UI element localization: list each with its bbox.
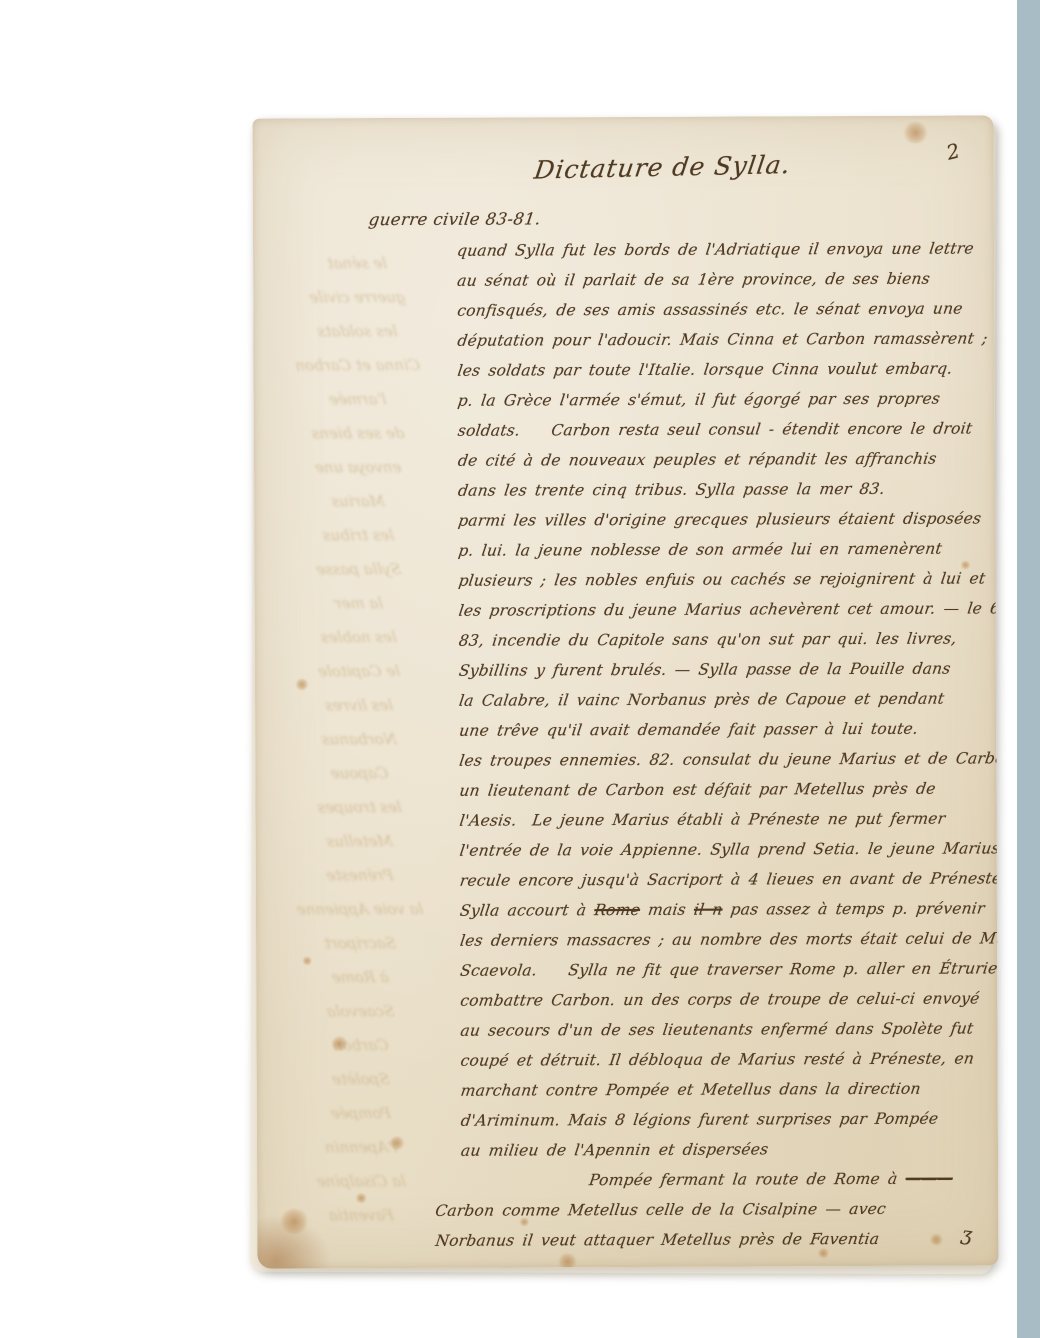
handwritten-text: l'Aesis. Le jeune Marius établi à Prénes… xyxy=(458,810,946,830)
manuscript-line: parmi les villes d'origine grecques plus… xyxy=(456,503,998,535)
manuscript-line: d'Ariminum. Mais 8 légions furent surpri… xyxy=(459,1103,999,1135)
handwritten-text: les troupes ennemies. 82. consulat du je… xyxy=(458,749,998,769)
foxing-spot xyxy=(817,1248,829,1258)
manuscript-line: p. la Grèce l'armée s'émut, il fut égorg… xyxy=(456,383,999,415)
manuscript-line: coupé et détruit. Il débloqua de Marius … xyxy=(459,1043,999,1075)
struck-text: ——— xyxy=(904,1170,954,1188)
handwritten-text: les soldats par toute l'Italie. lorsque … xyxy=(456,360,953,380)
manuscript-line: les proscriptions du jeune Marius achevè… xyxy=(457,593,999,625)
handwritten-text: marchant contre Pompée et Metellus dans … xyxy=(460,1080,922,1100)
manuscript-line: députation pour l'adoucir. Mais Cinna et… xyxy=(456,323,999,355)
manuscript-line: marchant contre Pompée et Metellus dans … xyxy=(459,1073,999,1105)
manuscript-line: les troupes ennemies. 82. consulat du je… xyxy=(457,743,998,775)
manuscript-line: au milieu de l'Apennin et dispersées xyxy=(459,1133,998,1165)
foxing-spot xyxy=(929,1234,943,1246)
handwritten-text: au sénat où il parlait de sa 1ère provin… xyxy=(456,270,931,290)
foxing-spot xyxy=(389,1136,405,1150)
handwritten-text: les derniers massacres ; au nombre des m… xyxy=(459,929,999,950)
handwritten-text: Norbanus il veut attaquer Metellus près … xyxy=(434,1230,880,1250)
manuscript-sheet: le sénatguerre civileles soldatsCinna et… xyxy=(252,115,998,1268)
handwritten-text: p. lui. la jeune noblesse de son armée l… xyxy=(457,540,943,560)
handwritten-text: Scaevola. Sylla ne fit que traverser Rom… xyxy=(459,959,998,979)
manuscript-line: les soldats par toute l'Italie. lorsque … xyxy=(456,353,999,385)
manuscript-line: p. lui. la jeune noblesse de son armée l… xyxy=(456,533,998,565)
manuscript-line: quand Sylla fut les bords de l'Adriatiqu… xyxy=(455,233,998,265)
manuscript-body: quand Sylla fut les bords de l'Adriatiqu… xyxy=(253,233,998,1256)
handwritten-text: dans les trente cinq tribus. Sylla passe… xyxy=(457,480,886,500)
manuscript-line: dans les trente cinq tribus. Sylla passe… xyxy=(456,473,998,505)
page-edge-band xyxy=(1017,0,1040,1338)
handwritten-text: de cité à de nouveaux peuples et répandi… xyxy=(457,450,938,470)
handwritten-text: confisqués, de ses amis assassinés etc. … xyxy=(456,300,964,320)
handwritten-text: plusieurs ; les nobles enfuis ou cachés … xyxy=(457,569,986,589)
handwritten-text: recule encore jusqu'à Sacriport à 4 lieu… xyxy=(459,869,999,889)
manuscript-line: Norbanus il veut attaquer Metellus près … xyxy=(433,1223,998,1255)
foxing-spot xyxy=(302,956,312,965)
handwritten-text: la Calabre, il vainc Norbanus près de Ca… xyxy=(458,690,946,710)
handwritten-text: d'Ariminum. Mais 8 légions furent surpri… xyxy=(460,1110,940,1130)
manuscript-line: Carbon comme Metellus celle de la Cisalp… xyxy=(433,1193,998,1225)
foxing-spot xyxy=(295,678,309,690)
handwritten-text: pas assez à temps p. prévenir xyxy=(721,899,985,918)
handwritten-text: 83, incendie du Capitole sans qu'on sut … xyxy=(458,630,958,650)
handwritten-text: parmi les villes d'origine grecques plus… xyxy=(457,509,982,529)
handwritten-text: les proscriptions du jeune Marius achevè… xyxy=(458,599,999,620)
manuscript-line: au sénat où il parlait de sa 1ère provin… xyxy=(455,263,998,295)
handwritten-text: Sylla accourt à xyxy=(459,901,596,920)
manuscript-line: une trêve qu'il avait demandée fait pass… xyxy=(457,713,998,745)
struck-text: Rome xyxy=(593,901,641,919)
handwritten-text: au secours d'un de ses lieutenants enfer… xyxy=(459,1019,974,1039)
handwritten-text: quand Sylla fut les bords de l'Adriatiqu… xyxy=(456,239,975,259)
handwritten-text: p. la Grèce l'armée s'émut, il fut égorg… xyxy=(457,390,942,410)
handwritten-text: députation pour l'adoucir. Mais Cinna et… xyxy=(456,329,989,349)
manuscript-line: au secours d'un de ses lieutenants enfer… xyxy=(459,1013,999,1045)
manuscript-line: plusieurs ; les nobles enfuis ou cachés … xyxy=(457,563,999,595)
handwritten-text: un lieutenant de Carbon est défait par M… xyxy=(458,780,937,800)
manuscript-line: Scaevola. Sylla ne fit que traverser Rom… xyxy=(458,953,998,985)
handwritten-text: Carbon comme Metellus celle de la Cisalp… xyxy=(434,1200,887,1220)
manuscript-line: un lieutenant de Carbon est défait par M… xyxy=(457,773,998,805)
handwritten-text: une trêve qu'il avait demandée fait pass… xyxy=(458,720,919,740)
page-number: 2 xyxy=(944,138,962,164)
manuscript-title: Dictature de Sylla. xyxy=(532,150,792,185)
manuscript-line: combattre Carbon. un des corps de troupe… xyxy=(458,983,998,1015)
manuscript-line: 83, incendie du Capitole sans qu'on sut … xyxy=(457,623,999,655)
manuscript-line: Sylla accourt à Rome mais il n pas assez… xyxy=(458,893,998,925)
foxing-spot xyxy=(960,560,970,569)
manuscript-line: de cité à de nouveaux peuples et répandi… xyxy=(456,443,998,475)
struck-text: il n xyxy=(693,901,724,919)
handwritten-text: coupé et détruit. Il débloqua de Marius … xyxy=(459,1049,975,1069)
handwritten-text: Sybillins y furent brulés. — Sylla passe… xyxy=(458,660,952,680)
manuscript-line: Pompée fermant la route de Rome à ——— xyxy=(587,1163,998,1195)
foxing-spot xyxy=(557,1253,577,1268)
foxing-spot xyxy=(519,1217,529,1226)
handwritten-text: combattre Carbon. un des corps de troupe… xyxy=(459,989,981,1009)
manuscript-line: Sybillins y furent brulés. — Sylla passe… xyxy=(457,653,999,685)
photo-background: le sénatguerre civileles soldatsCinna et… xyxy=(0,0,1040,1338)
manuscript-subtitle: guerre civile 83-81. xyxy=(368,209,543,229)
handwritten-text: Pompée fermant la route de Rome à xyxy=(588,1170,907,1189)
handwritten-text: soldats. Carbon resta seul consul - éten… xyxy=(457,419,974,439)
handwritten-text: l'entrée de la voie Appienne. Sylla pren… xyxy=(459,839,999,859)
handwritten-text: au milieu de l'Apennin et dispersées xyxy=(460,1140,770,1159)
manuscript-line: l'entrée de la voie Appienne. Sylla pren… xyxy=(458,833,999,865)
manuscript-line: la Calabre, il vainc Norbanus près de Ca… xyxy=(457,683,998,715)
foxing-spot xyxy=(903,122,929,144)
handwritten-text: mais xyxy=(639,901,695,919)
manuscript-line: recule encore jusqu'à Sacriport à 4 lieu… xyxy=(458,863,999,895)
manuscript-line: soldats. Carbon resta seul consul - éten… xyxy=(456,413,999,445)
manuscript-line: confisqués, de ses amis assassinés etc. … xyxy=(455,293,998,325)
foxing-spot xyxy=(279,1208,309,1234)
manuscript-line: l'Aesis. Le jeune Marius établi à Prénes… xyxy=(458,803,999,835)
manuscript-line: les derniers massacres ; au nombre des m… xyxy=(458,923,998,955)
